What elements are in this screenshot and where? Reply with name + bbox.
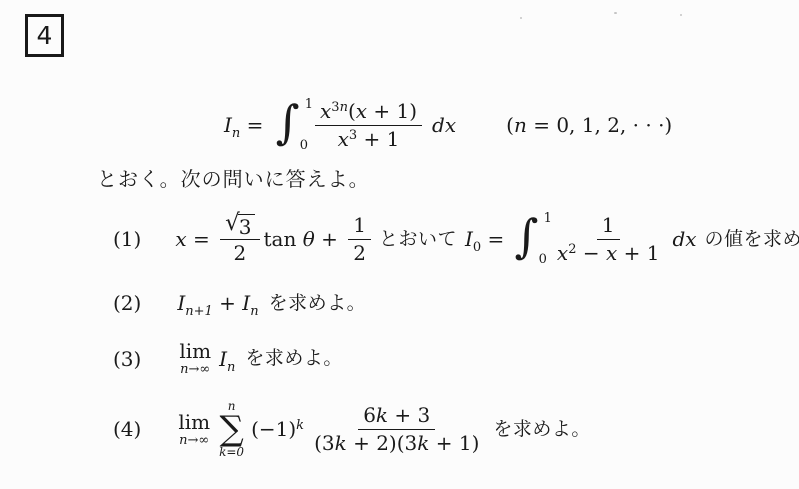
math-token: + 1 [357, 127, 399, 151]
math-token: (−1) [251, 417, 296, 441]
formula-lhs: In = [224, 113, 270, 137]
question-3-tail-text: を求めよ。 [245, 347, 343, 370]
integral-upper-bound: 1 [305, 98, 313, 111]
math-token: x [606, 241, 617, 265]
integral-icon: ∫ [276, 99, 300, 145]
limit-subscript: n→∞ [179, 434, 209, 447]
math-token: 0 [473, 240, 481, 255]
fraction-numerator: √ 3 [220, 214, 259, 240]
exam-problem-page: 4 In = ∫ 1 0 x3n(x + 1) x3 + 1 dx (n = 0… [0, 0, 799, 489]
math-token: tan [264, 227, 297, 251]
radicand: 3 [238, 214, 255, 237]
question-2: (2) In+1 + In を求めよ。 [113, 291, 370, 315]
question-1-tail-text: の値を求めよ。 [705, 228, 799, 251]
question-2-tail-text: を求めよ。 [269, 292, 367, 315]
math-token: = [187, 227, 216, 251]
lim-text: lim [178, 412, 210, 432]
differential-dx: dx [432, 113, 456, 137]
math-token: + [213, 291, 242, 315]
limit-subscript: n→∞ [180, 363, 210, 376]
substitution-lhs: x = [175, 227, 216, 251]
math-token: I [465, 227, 473, 251]
math-token: 3 [349, 128, 357, 143]
limit-operator: lim n→∞ [179, 341, 211, 376]
sigma-icon: ∑ [219, 413, 243, 445]
math-token: n+1 [185, 304, 213, 319]
math-token: k [376, 404, 388, 427]
tan-theta-term: tan θ + [264, 227, 345, 251]
fraction-denominator: x2 − x + 1 [552, 240, 665, 265]
intro-sentence: とおく。次の問いに答えよ。 [97, 167, 370, 191]
math-token: = 0, 1, 2, · · ·) [527, 113, 672, 137]
connect-text: とおいて [379, 228, 457, 251]
math-token: 2 [568, 242, 576, 257]
fraction-numerator: x3n(x + 1) [315, 100, 422, 126]
math-token: (3 [314, 431, 335, 455]
intro-text: とおく。次の問いに答えよ。 [97, 167, 370, 191]
radical-sign-icon: √ [225, 212, 240, 235]
scan-speck [520, 17, 522, 19]
index-condition: (n = 0, 1, 2, · · ·) [506, 113, 672, 137]
math-token: n [227, 360, 235, 375]
question-4-label: (4) [113, 417, 141, 441]
math-token: 6 [363, 404, 376, 427]
limit-operator: lim n→∞ [178, 412, 210, 447]
math-token: = [481, 227, 510, 251]
math-token: + 1 [617, 241, 659, 265]
lim-text: lim [179, 341, 211, 361]
integral-limits: 1 0 [540, 212, 548, 266]
one-half-fraction: 1 2 [348, 214, 371, 265]
math-token: x [175, 227, 186, 251]
math-token: ( [348, 100, 356, 123]
integrand-fraction: x3n(x + 1) x3 + 1 [315, 100, 422, 151]
math-token: n [514, 113, 527, 137]
integral-limits: 1 0 [301, 98, 309, 152]
fraction-numerator: 6k + 3 [358, 404, 435, 430]
problem-number: 4 [37, 21, 53, 50]
math-token: = [240, 113, 269, 137]
math-token: + 1) [367, 100, 417, 123]
math-token: + [315, 227, 344, 251]
fraction-numerator: 1 [348, 214, 371, 240]
math-token: ( [506, 113, 514, 137]
fraction-denominator: x3 + 1 [333, 126, 405, 151]
math-token: x [338, 127, 349, 151]
integral: ∫ 1 0 [515, 210, 548, 268]
scan-speck [680, 14, 682, 16]
math-token: k [296, 418, 304, 433]
sqrt3-over-2-fraction: √ 3 2 [220, 214, 259, 265]
math-token: x [557, 241, 568, 265]
math-token: θ [296, 227, 314, 251]
problem-number-box: 4 [25, 14, 64, 57]
math-token: k [335, 431, 347, 455]
integral-icon: ∫ [515, 213, 539, 259]
recurrence-expression: In+1 + In [177, 291, 258, 315]
math-token: k [417, 431, 429, 455]
main-formula: In = ∫ 1 0 x3n(x + 1) x3 + 1 dx (n = 0, … [224, 96, 672, 154]
integral-lower-bound: 0 [300, 139, 308, 152]
summation-operator: n ∑ k=0 [219, 400, 244, 458]
math-token: dx [432, 113, 456, 137]
integral: ∫ 1 0 [276, 96, 309, 154]
fraction-numerator: 1 [597, 214, 620, 240]
math-token: + 3 [388, 404, 430, 427]
math-token: I [224, 113, 232, 137]
math-token: I [219, 347, 227, 371]
integral-upper-bound: 1 [544, 212, 552, 225]
math-token: n [232, 126, 240, 141]
math-token: 3 [331, 101, 339, 116]
math-token: x [356, 100, 367, 123]
series-fraction: 6k + 3 (3k + 2)(3k + 1) [309, 404, 484, 455]
limit-expression: In [219, 347, 235, 371]
scan-speck [614, 12, 617, 14]
question-3-label: (3) [113, 347, 141, 371]
integrand-fraction: 1 x2 − x + 1 [552, 214, 665, 265]
question-3: (3) lim n→∞ In を求めよ。 [113, 341, 347, 376]
math-token: n [340, 101, 348, 116]
math-token: x [320, 100, 331, 123]
question-4: (4) lim n→∞ n ∑ k=0 (−1)k 6k + 3 (3k + 2… [113, 400, 595, 458]
question-2-label: (2) [113, 291, 141, 315]
sum-lower-bound: k=0 [219, 446, 244, 458]
fraction-denominator: 2 [348, 240, 371, 265]
math-token: I [242, 291, 250, 315]
math-token: + 2)(3 [347, 431, 418, 455]
differential-dx: dx [672, 227, 696, 251]
integral-definition-lhs: I0 = [465, 227, 511, 251]
question-1: (1) x = √ 3 2 tan θ + 1 2 とおいて I0 = ∫ 1 … [113, 210, 799, 268]
math-token: + 1) [429, 431, 479, 455]
fraction-denominator: (3k + 2)(3k + 1) [309, 430, 484, 455]
question-1-label: (1) [113, 227, 141, 251]
alternating-sign-term: (−1)k [251, 417, 304, 441]
math-token: dx [672, 227, 696, 251]
fraction-denominator: 2 [228, 240, 251, 265]
math-token: n [250, 304, 258, 319]
math-token: − [576, 241, 605, 265]
sqrt-expression: √ 3 [225, 214, 254, 237]
question-4-tail-text: を求めよ。 [493, 418, 591, 441]
integral-lower-bound: 0 [539, 253, 547, 266]
